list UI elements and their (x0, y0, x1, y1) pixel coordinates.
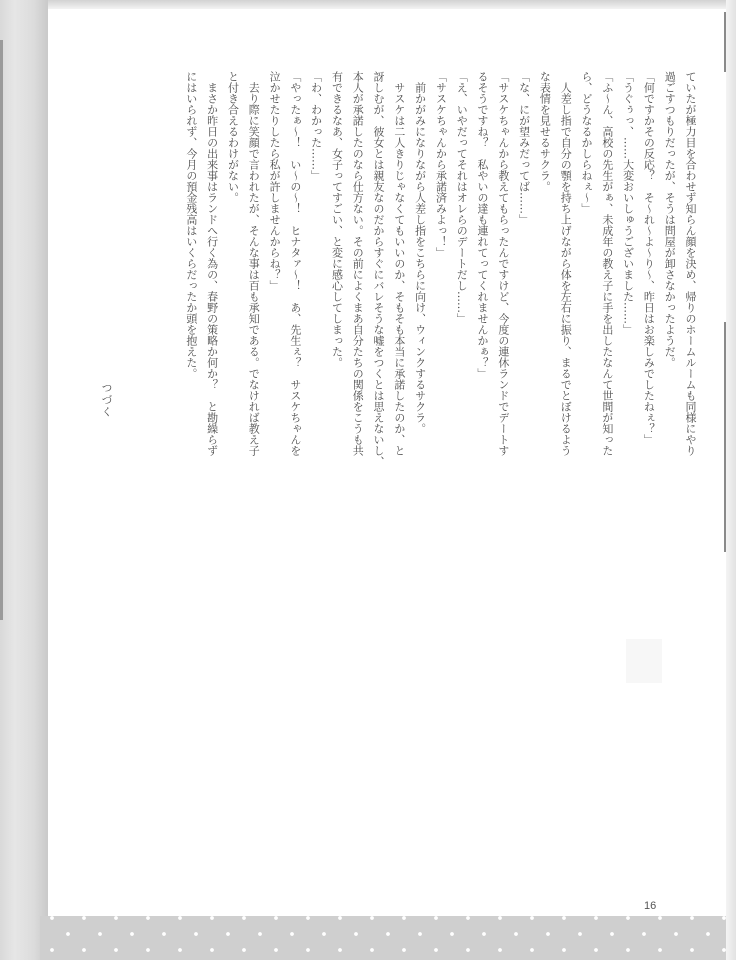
vertical-body-text: ていたが極力目を合わせず知らん顔を決め、帰りのホームルームも同様にやり 過ごすつ… (144, 71, 700, 471)
dotted-footer-band (40, 916, 726, 960)
text-column: るそうですね？ 私やいの達も連れてってくれませんかぁ？」 (471, 71, 492, 471)
text-column: サスケは二人きりじゃなくてもいいのか、そもそも本当に承諾したのか、と (388, 71, 409, 471)
book-edge-line (0, 40, 3, 620)
text-column: 「やったぁ～！ い～の～！ ヒナタァ～！ あ、先生ぇ？ サスケちゃんを (284, 71, 305, 471)
text-column: と付き合えるわけがない。 (222, 71, 243, 471)
to-be-continued-label: つづく (98, 382, 114, 418)
book-page: ていたが極力目を合わせず知らん顔を決め、帰りのホームルームも同様にやり 過ごすつ… (48, 9, 718, 917)
text-column: 「うぐぅっ、……大変おいしゅうございました……」 (617, 71, 638, 471)
text-column: 「わ、わかった……」 (305, 71, 326, 471)
page-number: 16 (644, 900, 656, 912)
text-column: 有できるなあ、女子ってすごい、と変に感心してしまった。 (326, 71, 347, 471)
right-edge-mark (724, 322, 726, 552)
text-column: 「ふ～ん、高校の先生がぁ、未成年の教え子に手を出したなんて世間が知った (596, 71, 617, 471)
text-column: 「え、いやだってそれはオレらのデートだし……」 (450, 71, 471, 471)
top-scan-shadow (48, 0, 728, 9)
text-column: 泣かせたりしたら私が許しませんからね？」 (263, 71, 284, 471)
text-column: 過ごすつもりだったが、そうは問屋が卸さなかったようだ。 (658, 71, 679, 471)
text-column: 「サスケちゃんから教えてもらったんですけど、今度の連休ランドでデートす (492, 71, 513, 471)
page-binding-gutter (0, 0, 48, 960)
text-column: 本人が承諾したのなら仕方ない。その前によくまあ自分たちの関係をこうも共 (346, 71, 367, 471)
text-column: ていたが極力目を合わせず知らん顔を決め、帰りのホームルームも同様にやり (679, 71, 700, 471)
text-column: まさか昨日の出来事はランドへ行く為の、春野の策略か何か？ と勘繰らず (201, 71, 222, 471)
text-column: 人差し指で自分の顎を持ち上げながら体を左右に振り、まるでとぼけるよう (554, 71, 575, 471)
text-column: な表情を見せるサクラ。 (534, 71, 555, 471)
text-column: 「サスケちゃんから承諾済みよっ！」 (430, 71, 451, 471)
text-column: 前かがみになりながら人差し指をこちらに向け、ウィンクするサクラ。 (409, 71, 430, 471)
show-through-mark (626, 639, 662, 683)
right-page-edge (726, 0, 736, 960)
right-edge-mark-top (724, 12, 726, 72)
text-column: ら、どうなるかしらねぇ～」 (575, 71, 596, 471)
text-column: 「何ですかその反応？ そ～れ～よ～り～、昨日はお楽しみでしたねぇ？」 (638, 71, 659, 471)
text-column: 「な、にが望みだってば……」 (513, 71, 534, 471)
text-column: 訝しむが、彼女とは親友なのだからすぐにバレそうな嘘をつくとは思えないし、 (367, 71, 388, 471)
text-column: 去り際に笑顔で言われたが、そんな事は百も承知である。でなければ教え子 (242, 71, 263, 471)
text-column: にはいられず、今月の預金残高はいくらだったか頭を抱えた。 (180, 71, 201, 471)
